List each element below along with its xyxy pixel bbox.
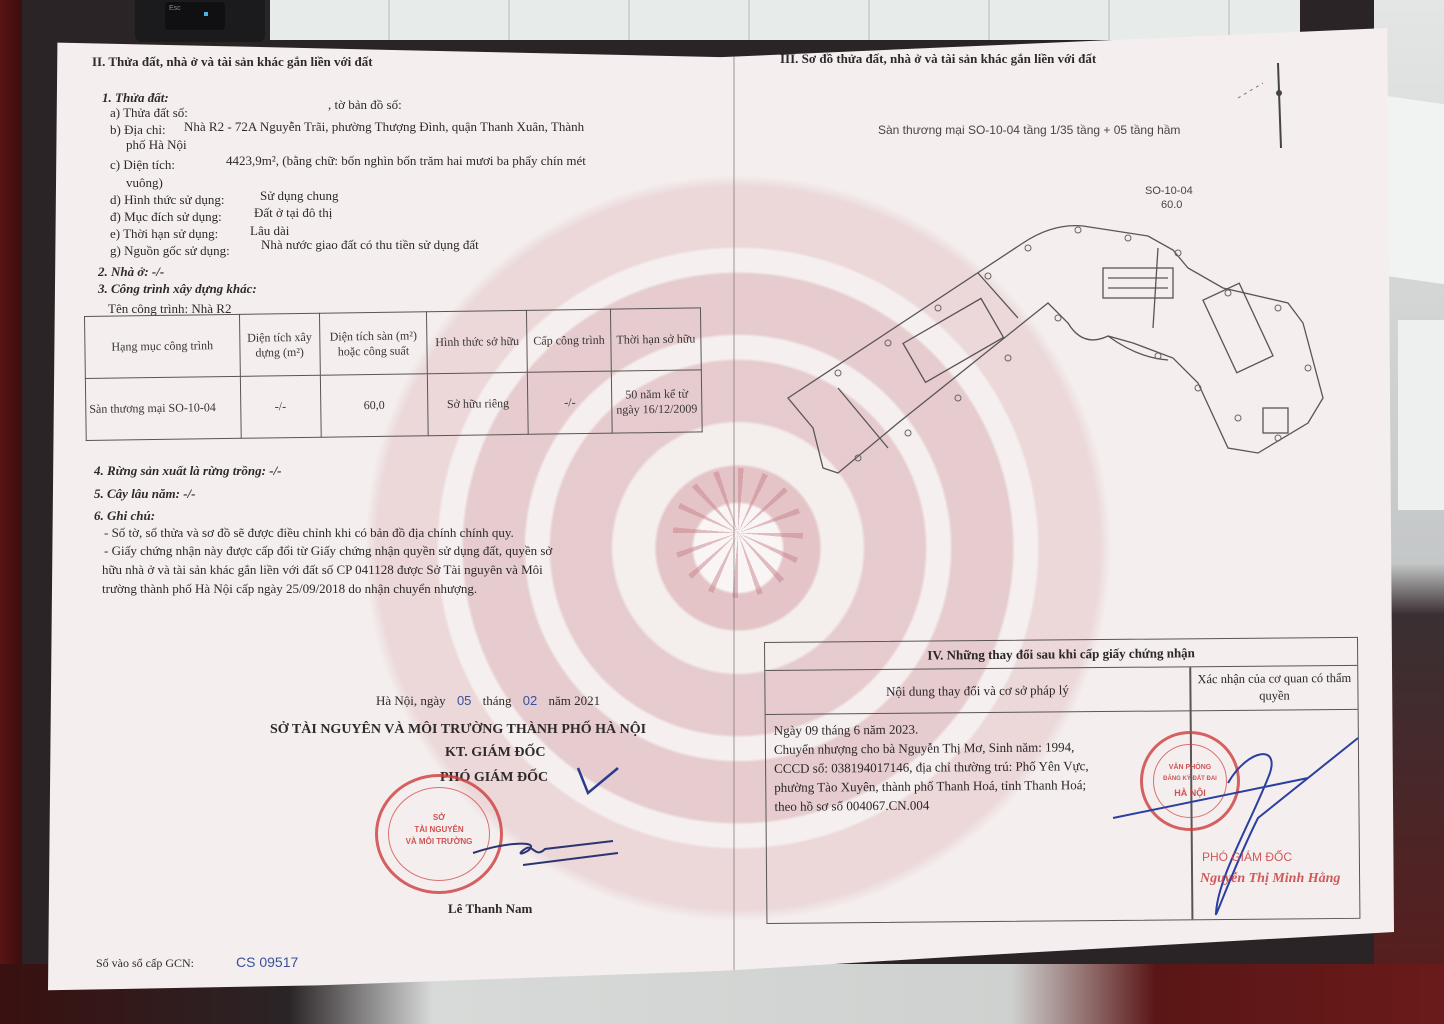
signature-icon bbox=[1108, 728, 1368, 928]
parcel-number-label: a) Thửa đất số: bbox=[110, 104, 188, 121]
area-value: 4423,9m², (bằng chữ: bốn nghìn bốn trăm … bbox=[226, 152, 586, 169]
column-header: Nội dung thay đổi và cơ sở pháp lý bbox=[765, 667, 1189, 715]
other-construction-heading: 3. Công trình xây dựng khác: bbox=[98, 280, 257, 297]
table-cell: Sở hữu riêng bbox=[428, 372, 529, 435]
perennial-line: 5. Cây lâu năm: -/- bbox=[94, 485, 195, 502]
column-header: Diện tích xây dựng (m²) bbox=[239, 313, 320, 376]
table-cell: 60,0 bbox=[320, 374, 429, 437]
purpose-label: đ) Mục đích sử dụng: bbox=[110, 208, 222, 225]
forest-line: 4. Rừng sản xuất là rừng trồng: -/- bbox=[94, 462, 282, 479]
area-value-cont: vuông) bbox=[126, 174, 163, 191]
table-header-row: Hạng mục công trình Diện tích xây dựng (… bbox=[85, 308, 702, 379]
table-row: Sàn thương mại SO-10-04 -/- 60,0 Sở hữu … bbox=[85, 370, 702, 441]
signing-place: Hà Nội, ngày 05 tháng 02 năm 2021 bbox=[376, 692, 600, 709]
column-header: Hình thức sở hữu bbox=[427, 310, 528, 373]
address-value-cont: phố Hà Nội bbox=[126, 136, 187, 153]
change-entry: Ngày 09 tháng 6 năm 2023. Chuyển nhượng … bbox=[774, 718, 1089, 816]
notes-heading: 6. Ghi chú: bbox=[94, 507, 155, 524]
column-header: Cấp công trình bbox=[527, 309, 612, 372]
section-iii-title: III. Sơ đồ thửa đất, nhà ở và tài sản kh… bbox=[780, 50, 1096, 67]
floor-plan-caption: Sàn thương mại SO-10-04 tầng 1/35 tầng +… bbox=[878, 122, 1180, 139]
background-paper bbox=[1398, 320, 1444, 510]
note-line: hữu nhà ở và tài sản khác gắn liền với đ… bbox=[102, 561, 543, 578]
background-paper bbox=[1386, 96, 1444, 284]
table-cell: 50 năm kể từ ngày 16/12/2009 bbox=[611, 370, 702, 433]
origin-value: Nhà nước giao đất có thu tiền sử dụng đấ… bbox=[261, 236, 479, 253]
column-header: Thời hạn sở hữu bbox=[611, 308, 702, 371]
table-cell: Sàn thương mại SO-10-04 bbox=[85, 376, 241, 440]
confirm-title: PHÓ GIÁM ĐỐC bbox=[1202, 850, 1292, 864]
on-behalf-label: KT. GIÁM ĐỐC bbox=[445, 744, 545, 761]
note-line: trường thành phố Hà Nội cấp ngày 25/09/2… bbox=[102, 580, 477, 597]
changes-header-row: Nội dung thay đổi và cơ sở pháp lý Xác n… bbox=[765, 666, 1357, 715]
change-entry-line: theo hồ sơ số 004067.CN.004 bbox=[774, 794, 1089, 816]
use-form-label: d) Hình thức sử dụng: bbox=[110, 191, 224, 208]
signing-month: 02 bbox=[523, 693, 537, 708]
note-line: - Số tờ, số thửa và sơ đồ sẽ được điều c… bbox=[104, 524, 514, 541]
registry-label: Số vào sổ cấp GCN: bbox=[96, 955, 194, 972]
issuing-agency: SỞ TÀI NGUYÊN VÀ MÔI TRƯỜNG THÀNH PHỐ HÀ… bbox=[270, 721, 646, 738]
term-label: e) Thời hạn sử dụng: bbox=[110, 225, 218, 242]
address-value: Nhà R2 - 72A Nguyễn Trãi, phường Thượng … bbox=[184, 118, 584, 135]
column-header: Xác nhận của cơ quan có thẩm quyền bbox=[1191, 670, 1357, 705]
column-header: Diện tích sàn (m²) hoặc công suất bbox=[319, 312, 428, 375]
signer-name: Lê Thanh Nam bbox=[448, 900, 532, 917]
note-line: - Giấy chứng nhận này được cấp đổi từ Gi… bbox=[104, 542, 552, 559]
column-header: Hạng mục công trình bbox=[85, 314, 241, 378]
origin-label: g) Nguồn gốc sử dụng: bbox=[110, 242, 230, 259]
floor-plan-diagram bbox=[778, 208, 1338, 478]
use-form-value: Sử dụng chung bbox=[260, 187, 339, 204]
change-entry-line: phường Tào Xuyên, thành phố Thanh Hoá, t… bbox=[774, 775, 1089, 797]
initial-mark-icon bbox=[573, 758, 623, 803]
table-cell: -/- bbox=[528, 371, 613, 434]
signature-icon bbox=[463, 823, 623, 873]
construction-table: Hạng mục công trình Diện tích xây dựng (… bbox=[84, 307, 703, 441]
confirm-signer: Nguyễn Thị Minh Hằng bbox=[1200, 871, 1340, 887]
table-cell: -/- bbox=[240, 375, 321, 438]
area-label: c) Diện tích: bbox=[110, 156, 175, 173]
signing-day: 05 bbox=[457, 693, 471, 708]
watermark-star-icon bbox=[673, 468, 803, 598]
section-ii-title: II. Thửa đất, nhà ở và tài sản khác gắn … bbox=[92, 53, 373, 70]
desk-edge bbox=[0, 0, 22, 1024]
page-fold bbox=[733, 28, 735, 1000]
background-wall bbox=[270, 0, 1300, 40]
esc-key: Esc bbox=[165, 2, 225, 30]
land-use-certificate: II. Thửa đất, nhà ở và tài sản khác gắn … bbox=[48, 28, 1394, 1000]
north-arrow-icon bbox=[1233, 58, 1293, 158]
key-indicator-light bbox=[204, 12, 208, 16]
house-line: 2. Nhà ở: -/- bbox=[98, 263, 164, 280]
purpose-value: Đất ở tại đô thị bbox=[254, 204, 332, 221]
registry-number: CS 09517 bbox=[236, 954, 298, 971]
map-sheet-label: , tờ bản đồ số: bbox=[328, 96, 402, 113]
